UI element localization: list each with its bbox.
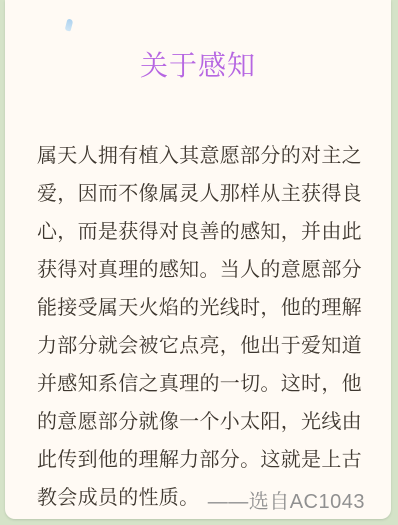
- source-attribution: ——选自AC1043: [208, 491, 365, 513]
- quote-body-paragraph: 属天人拥有植入其意愿部分的对主之爱，因而不像属灵人那样从主获得良心，而是获得对良…: [37, 137, 362, 517]
- page-title: 关于感知: [5, 49, 391, 83]
- blue-accent-stroke-icon: [65, 18, 74, 31]
- quote-card: 关于感知 属天人拥有植入其意愿部分的对主之爱，因而不像属灵人那样从主获得良心，而…: [5, 0, 391, 519]
